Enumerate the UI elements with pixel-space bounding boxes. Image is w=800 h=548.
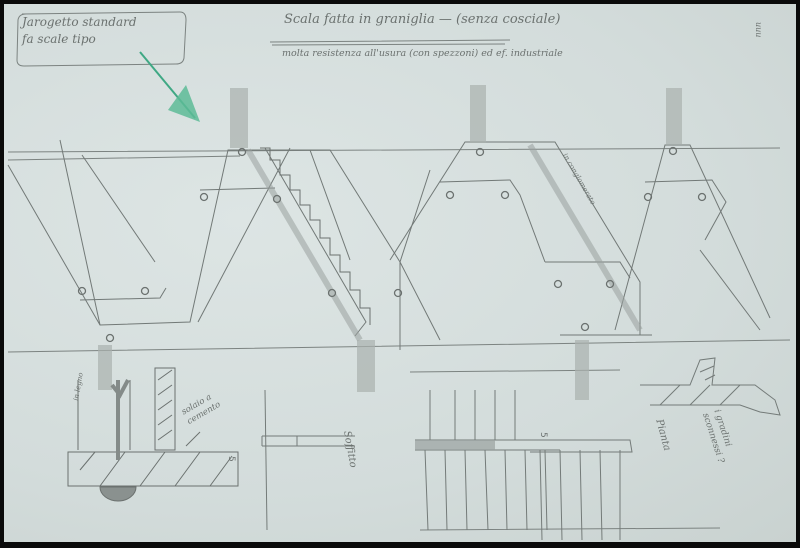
boxed-note: Jarogetto standard fa scale tipo [22, 14, 137, 48]
pencil-drawing [0, 0, 800, 548]
drawing-title: Scala fatta in graniglia — (senza coscia… [284, 12, 560, 27]
left-thickness-dimension: 5 [226, 456, 236, 462]
corner-reference: uuu [754, 22, 763, 37]
green-arrow-icon [140, 52, 200, 122]
mid-thickness-dimension: 5 [538, 432, 548, 438]
boxed-note-line-1: Jarogetto standard [22, 14, 137, 31]
drawing-subtitle: molta resistenza all'usura (con spezzoni… [282, 48, 563, 59]
boxed-note-line-2: fa scale tipo [22, 31, 137, 48]
